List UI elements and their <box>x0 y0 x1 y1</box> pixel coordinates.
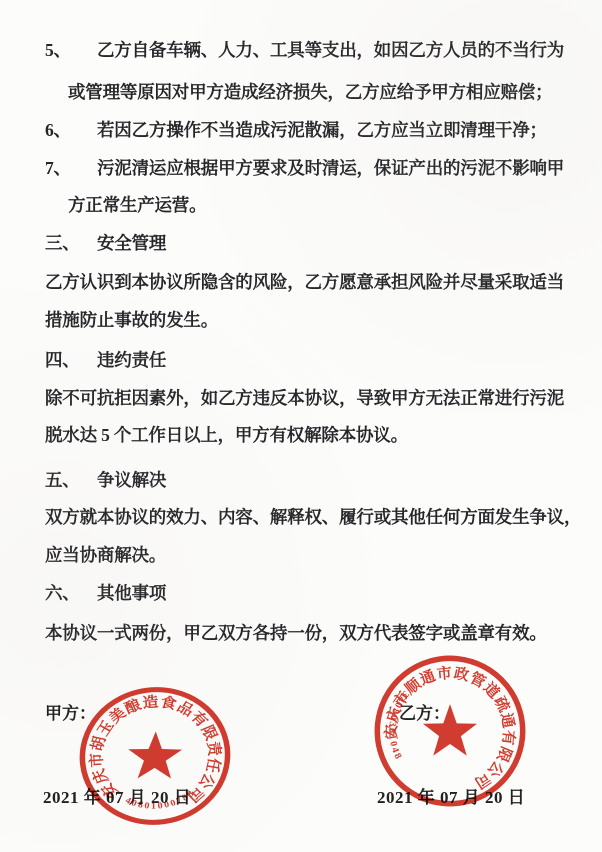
line-text: 除不可抗拒因素外，如乙方违反本协议，导致甲方无法正常进行污泥 <box>45 388 564 408</box>
line-text: 若因乙方操作不当造成污泥散漏，乙方应当立即清理干净； <box>97 120 547 140</box>
line-text: 安全管理 <box>97 233 166 253</box>
document-line: 措施防止事故的发生。 <box>45 308 218 332</box>
line-text: 违约责任 <box>97 350 166 370</box>
line-text: 本协议一式两份，甲乙双方各持一份，双方代表签字或盖章有效。 <box>45 623 547 643</box>
line-text: 脱水达 5 个工作日以上，甲方有权解除本协议。 <box>45 425 408 445</box>
document-line: 6、若因乙方操作不当造成污泥散漏，乙方应当立即清理干净； <box>45 118 547 142</box>
line-text: 应当协商解决。 <box>45 545 166 565</box>
document-line: 除不可抗拒因素外，如乙方违反本协议，导致甲方无法正常进行污泥 <box>45 386 564 410</box>
document-line: 脱水达 5 个工作日以上，甲方有权解除本协议。 <box>45 423 408 447</box>
line-text: 乙方自备车辆、人力、工具等支出，如因乙方人员的不当行为 <box>97 40 564 60</box>
line-marker: 5、 <box>45 38 97 62</box>
document-line: 六、其他事项 <box>45 581 166 605</box>
document-line: 方正常生产运营。 <box>68 193 206 217</box>
line-text: 或管理等原因对甲方造成经济损失，乙方应给予甲方相应赔偿； <box>68 82 552 102</box>
document-line: 四、违约责任 <box>45 348 166 372</box>
line-text: 其他事项 <box>97 583 166 603</box>
line-marker: 五、 <box>45 468 97 492</box>
line-marker: 7、 <box>45 156 97 180</box>
line-marker: 三、 <box>45 231 97 255</box>
line-text: 措施防止事故的发生。 <box>45 310 218 330</box>
line-marker: 6、 <box>45 118 97 142</box>
document-line: 本协议一式两份，甲乙双方各持一份，双方代表签字或盖章有效。 <box>45 621 547 645</box>
party-a-date: 2021 年 07 月 20 日 <box>43 783 191 808</box>
star-icon <box>127 731 182 778</box>
document-line: 5、乙方自备车辆、人力、工具等支出，如因乙方人员的不当行为 <box>45 38 564 62</box>
line-text: 方正常生产运营。 <box>68 195 206 215</box>
line-text: 双方就本协议的效力、内容、解释权、履行或其他任何方面发生争议， <box>45 507 581 527</box>
party-b-date: 2021 年 07 月 20 日 <box>377 783 525 808</box>
party-a-label: 甲方： <box>45 699 96 724</box>
document-line: 双方就本协议的效力、内容、解释权、履行或其他任何方面发生争议， <box>45 505 581 529</box>
document-line: 7、污泥清运应根据甲方要求及时清运，保证产出的污泥不影响甲 <box>45 156 564 180</box>
line-text: 乙方认识到本协议所隐含的风险，乙方愿意承担风险并尽量采取适当 <box>45 272 564 292</box>
document-line: 或管理等原因对甲方造成经济损失，乙方应给予甲方相应赔偿； <box>68 80 552 104</box>
line-text: 争议解决 <box>97 470 166 490</box>
line-text: 污泥清运应根据甲方要求及时清运，保证产出的污泥不影响甲 <box>97 158 564 178</box>
line-marker: 六、 <box>45 581 97 605</box>
document-line: 应当协商解决。 <box>45 543 166 567</box>
document-line: 五、争议解决 <box>45 468 166 492</box>
party-b-label: 乙方： <box>399 699 450 724</box>
document-line: 乙方认识到本协议所隐含的风险，乙方愿意承担风险并尽量采取适当 <box>45 270 564 294</box>
scanned-contract-page: 5、乙方自备车辆、人力、工具等支出，如因乙方人员的不当行为 或管理等原因对甲方造… <box>0 0 602 852</box>
line-marker: 四、 <box>45 348 97 372</box>
document-line: 三、安全管理 <box>45 231 166 255</box>
